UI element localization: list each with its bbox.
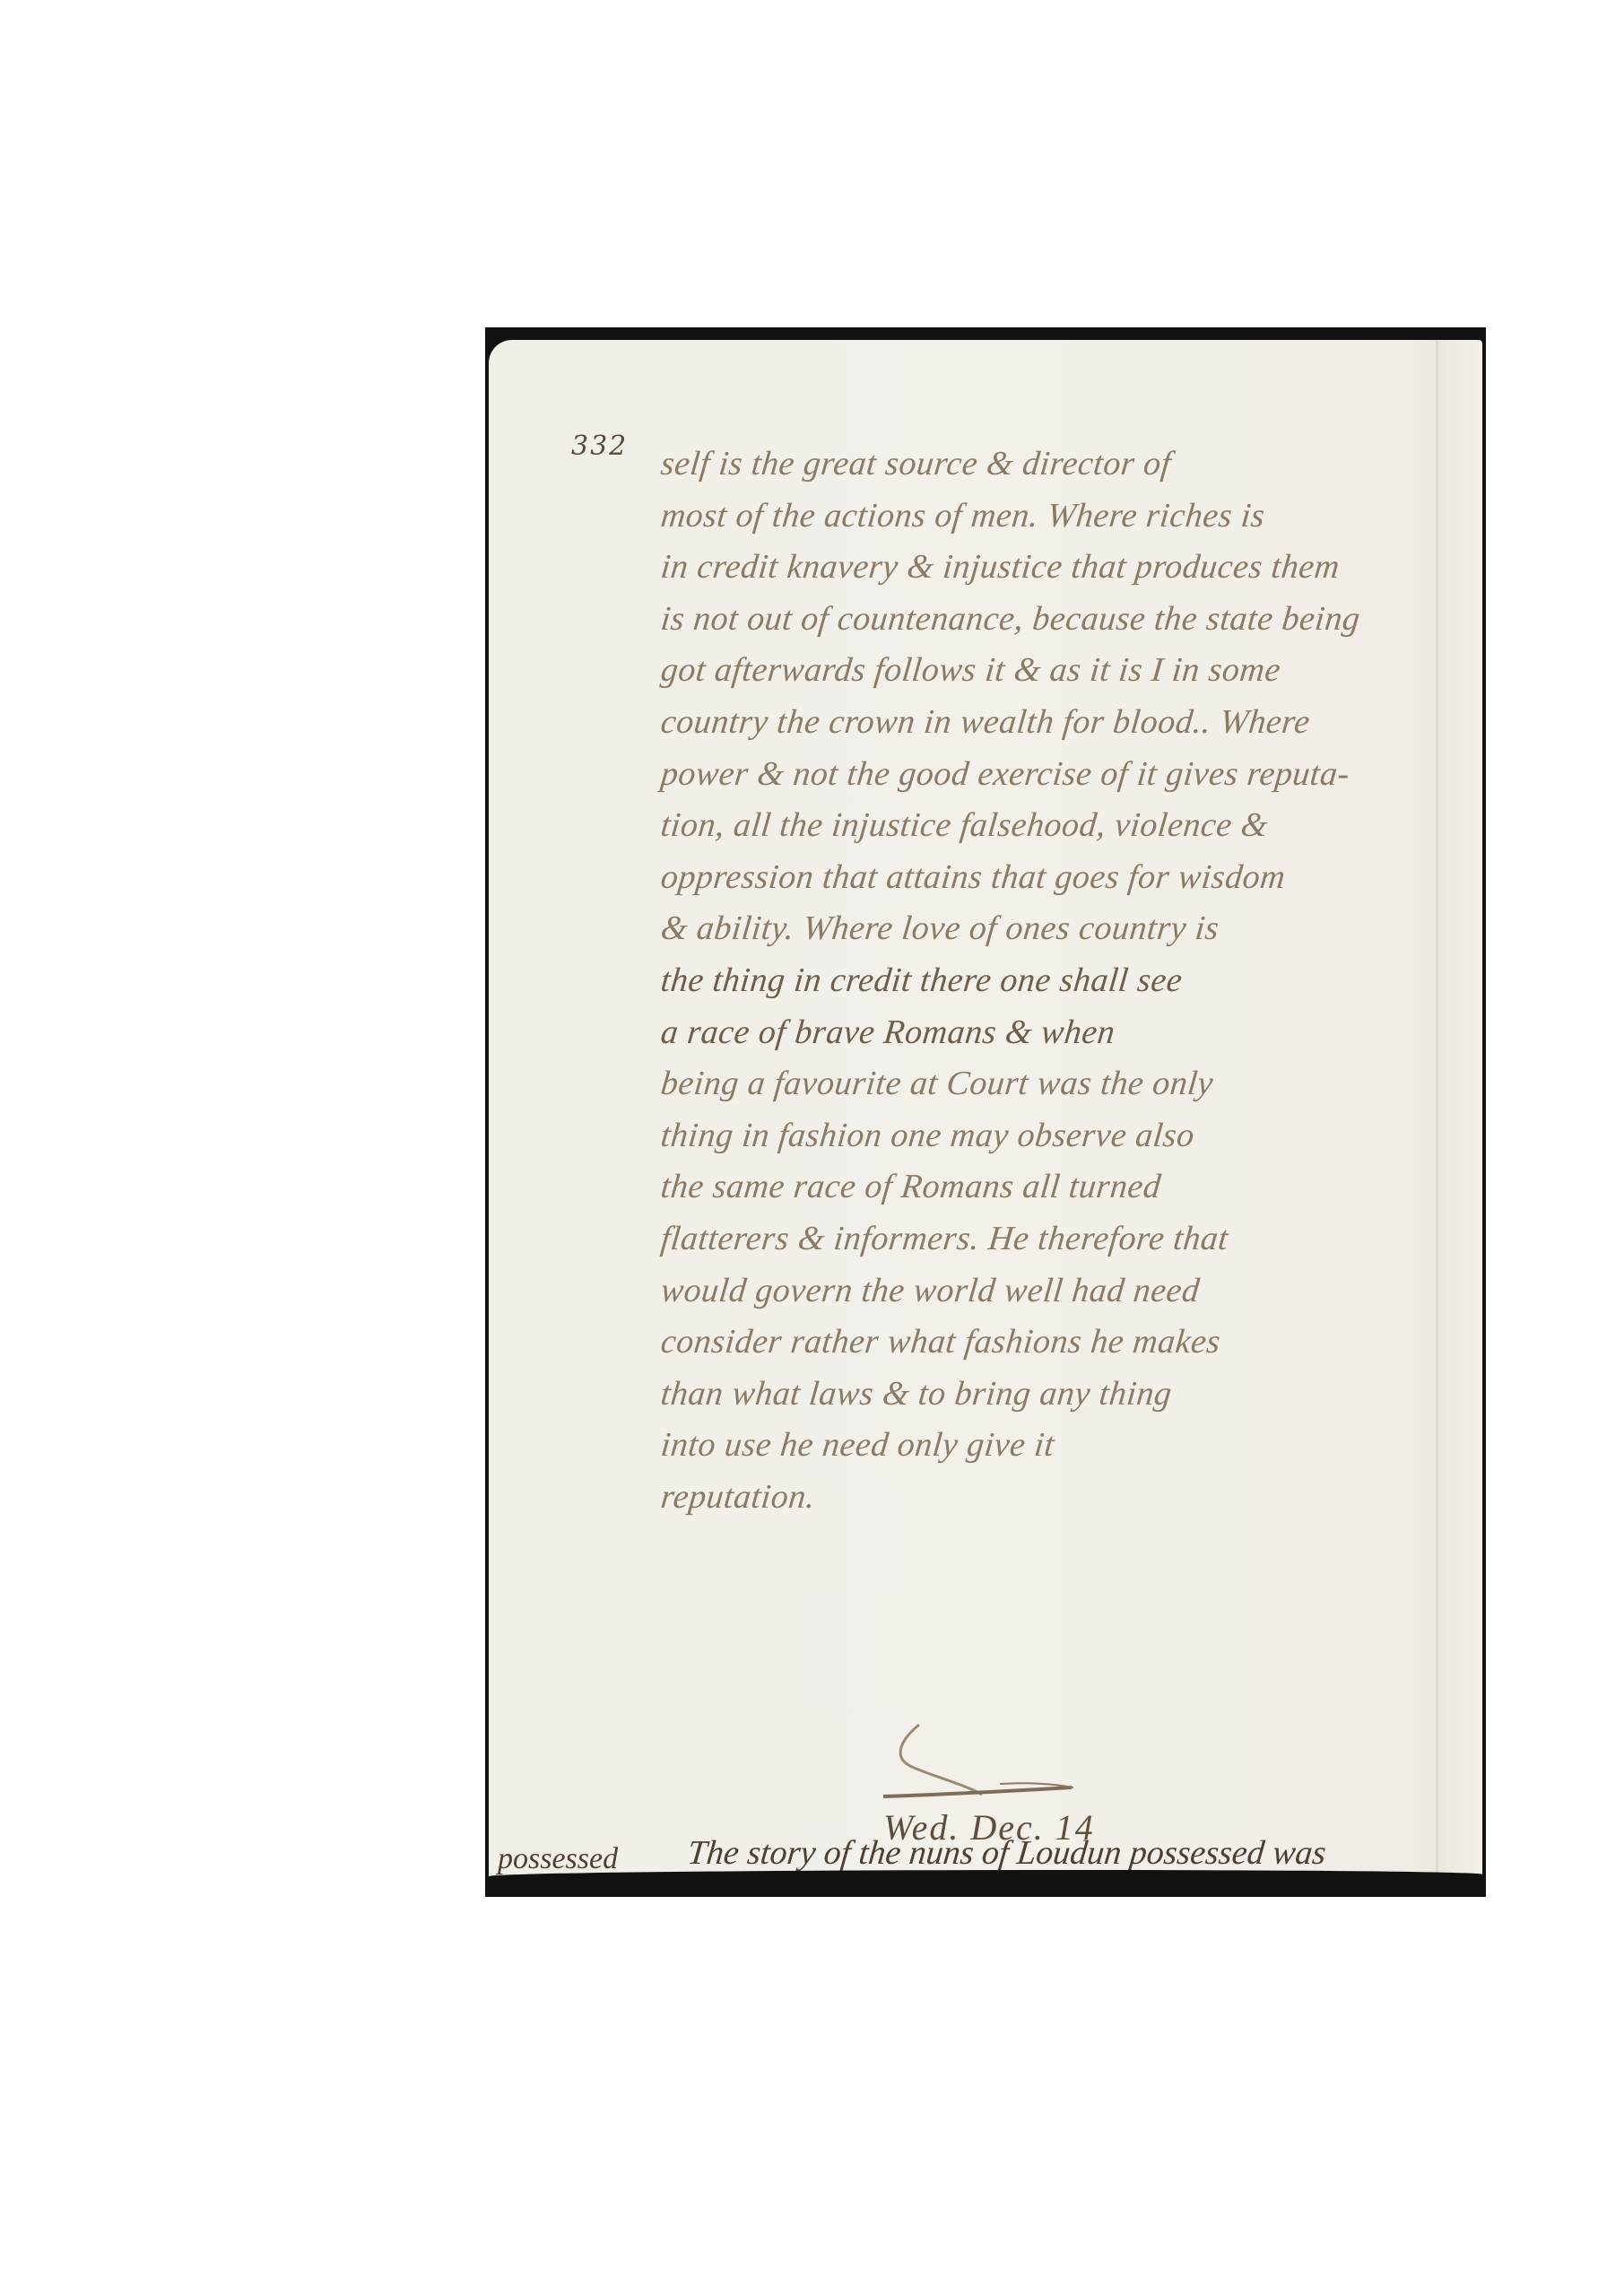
manuscript-line: thing in fashion one may observe also bbox=[658, 1110, 1435, 1162]
entry-first-line: The story of the nuns of Loudun possesse… bbox=[686, 1833, 1328, 1873]
manuscript-line: than what laws & to bring any thing bbox=[658, 1369, 1435, 1421]
margin-note: possessed bbox=[498, 1842, 618, 1876]
manuscript-line: power & not the good exercise of it give… bbox=[658, 749, 1435, 801]
manuscript-line: got afterwards follows it & as it is I i… bbox=[658, 645, 1435, 697]
manuscript-line: the same race of Romans all turned bbox=[658, 1161, 1435, 1213]
manuscript-line: being a favourite at Court was the only bbox=[658, 1058, 1435, 1110]
manuscript-line: would govern the world well had need bbox=[658, 1265, 1435, 1318]
manuscript-body: self is the great source & director of m… bbox=[661, 439, 1432, 1523]
scan-bottom-edge bbox=[489, 1870, 1482, 1892]
manuscript-line: country the crown in wealth for blood.. … bbox=[658, 697, 1435, 749]
manuscript-page: 332 self is the great source & director … bbox=[489, 340, 1482, 1879]
manuscript-scan: 332 self is the great source & director … bbox=[485, 327, 1486, 1897]
end-flourish-icon bbox=[865, 1721, 1081, 1802]
manuscript-line: reputation. bbox=[658, 1472, 1435, 1524]
manuscript-line: consider rather what fashions he makes bbox=[658, 1317, 1435, 1369]
manuscript-line: into use he need only give it bbox=[658, 1420, 1435, 1472]
manuscript-line: a race of brave Romans & when bbox=[658, 1007, 1435, 1059]
manuscript-line: & ability. Where love of ones country is bbox=[658, 903, 1435, 955]
manuscript-line: self is the great source & director of bbox=[658, 439, 1435, 491]
manuscript-line: flatterers & informers. He therefore tha… bbox=[658, 1213, 1435, 1265]
folio-number: 332 bbox=[571, 430, 628, 462]
manuscript-line: in credit knavery & injustice that produ… bbox=[658, 542, 1435, 594]
manuscript-line: the thing in credit there one shall see bbox=[658, 955, 1435, 1007]
manuscript-line: most of the actions of men. Where riches… bbox=[658, 491, 1435, 543]
page-fold-line bbox=[1436, 340, 1438, 1879]
manuscript-line: is not out of countenance, because the s… bbox=[658, 594, 1435, 646]
manuscript-line: tion, all the injustice falsehood, viole… bbox=[658, 800, 1435, 852]
manuscript-line: oppression that attains that goes for wi… bbox=[658, 852, 1435, 904]
